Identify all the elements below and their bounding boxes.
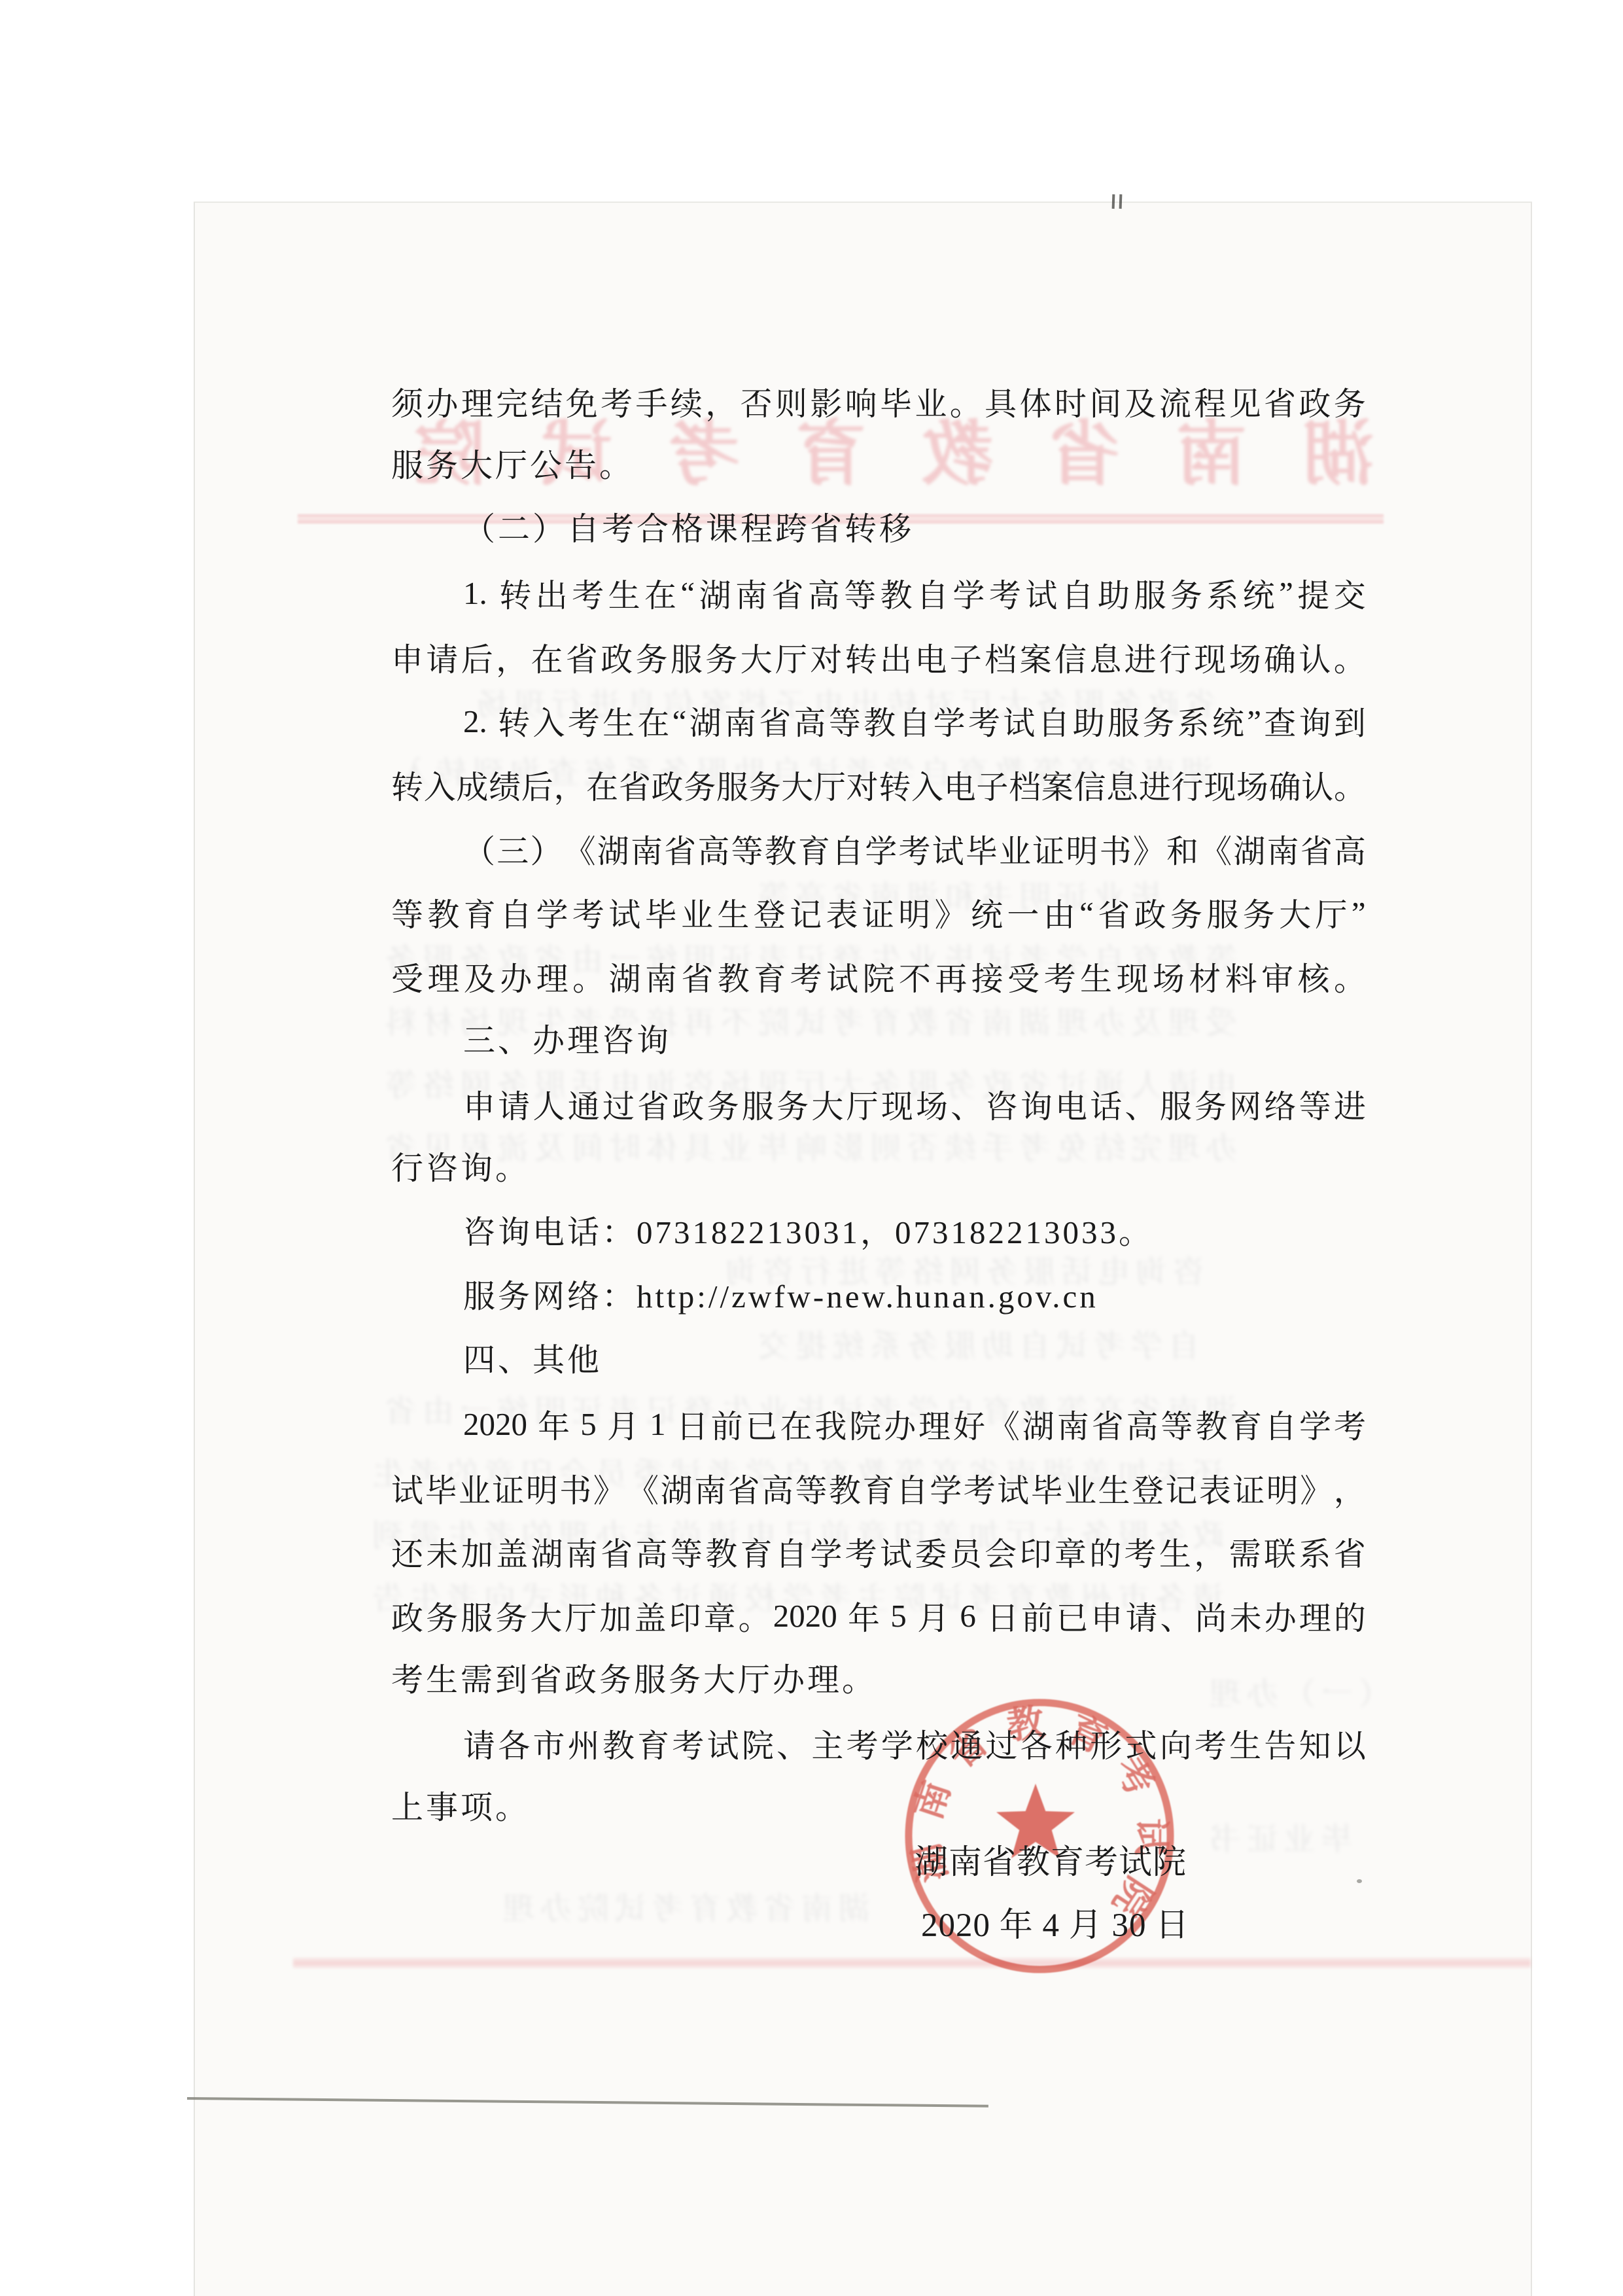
text-line: 申请后，在省政务服务大厅对转出电子档案信息进行现场确认。 xyxy=(391,626,1366,690)
scan-artifact-speck xyxy=(1357,1879,1362,1883)
bleedthrough-text: 湖南省教育考试院办理 xyxy=(497,1883,870,1928)
text-line: 考生需到省政务服务大厅办理。 xyxy=(391,1648,1366,1712)
text-line: 服务大厅公告。 xyxy=(391,434,1366,498)
scanned-document-page: 湖南省教育考试院 省政务服务大厅对转出电子档案信息进行现场湖南省高等教育自学考试… xyxy=(0,0,1623,2296)
date: 2020 年 4 月 30 日 xyxy=(921,1909,1189,1943)
signature: 湖南省教育考试院 xyxy=(915,1846,1187,1880)
text-line: 须办理完结免考手续，否则影响毕业。具体时间及流程见省政务 xyxy=(391,370,1366,434)
text-line: 申请人通过省政务服务大厅现场、咨询电话、服务网络等进 xyxy=(391,1073,1366,1137)
text-line: 服务网络：http://zwfw-new.hunan.gov.cn xyxy=(391,1265,1366,1329)
text-line: 转入成绩后，在省政务服务大厅对转入电子档案信息进行现场确认。 xyxy=(391,753,1366,817)
text-line: 上事项。 xyxy=(391,1776,1366,1840)
text-line: 三、办理咨询 xyxy=(391,1009,1366,1073)
text-line: 请各市州教育考试院、主考学校通过各种形式向考生告知以 xyxy=(391,1712,1366,1776)
text-line: 政务服务大厅加盖印章。2020 年 5 月 6 日前已申请、尚未办理的 xyxy=(391,1584,1366,1648)
scan-artifact-tick xyxy=(1112,194,1115,209)
text-line: 行咨询。 xyxy=(391,1137,1366,1201)
text-line: 1. 转出考生在“湖南省高等教自学考试自助服务系统”提交 xyxy=(391,561,1366,626)
body-text: 须办理完结免考手续，否则影响毕业。具体时间及流程见省政务服务大厅公告。（二）自考… xyxy=(391,370,1366,1840)
text-line: 2. 转入考生在“湖南省高等教自学考试自助服务系统”查询到 xyxy=(391,689,1366,753)
text-line: 还未加盖湖南省高等教育自学考试委员会印章的考生，需联系省 xyxy=(391,1520,1366,1584)
text-line: 试毕业证明书》《湖南省高等教育自学考试毕业生登记表证明》， xyxy=(391,1457,1366,1521)
text-line: 等教育自学考试毕业生登记表证明》统一由“省政务服务大厅” xyxy=(391,881,1366,945)
text-line: 四、其他 xyxy=(391,1328,1366,1392)
text-line: 咨询电话：073182213031，073182213033。 xyxy=(391,1201,1366,1265)
text-line: （二）自考合格课程跨省转移 xyxy=(391,497,1366,561)
text-line: （三）《湖南省高等教育自学考试毕业证明书》和《湖南省高 xyxy=(391,817,1366,881)
text-line: 受理及办理。湖南省教育考试院不再接受考生现场材料审核。 xyxy=(391,945,1366,1009)
text-line: 2020 年 5 月 1 日前已在我院办理好《湖南省高等教育自学考 xyxy=(391,1392,1366,1457)
scan-artifact-tick xyxy=(1119,194,1123,209)
